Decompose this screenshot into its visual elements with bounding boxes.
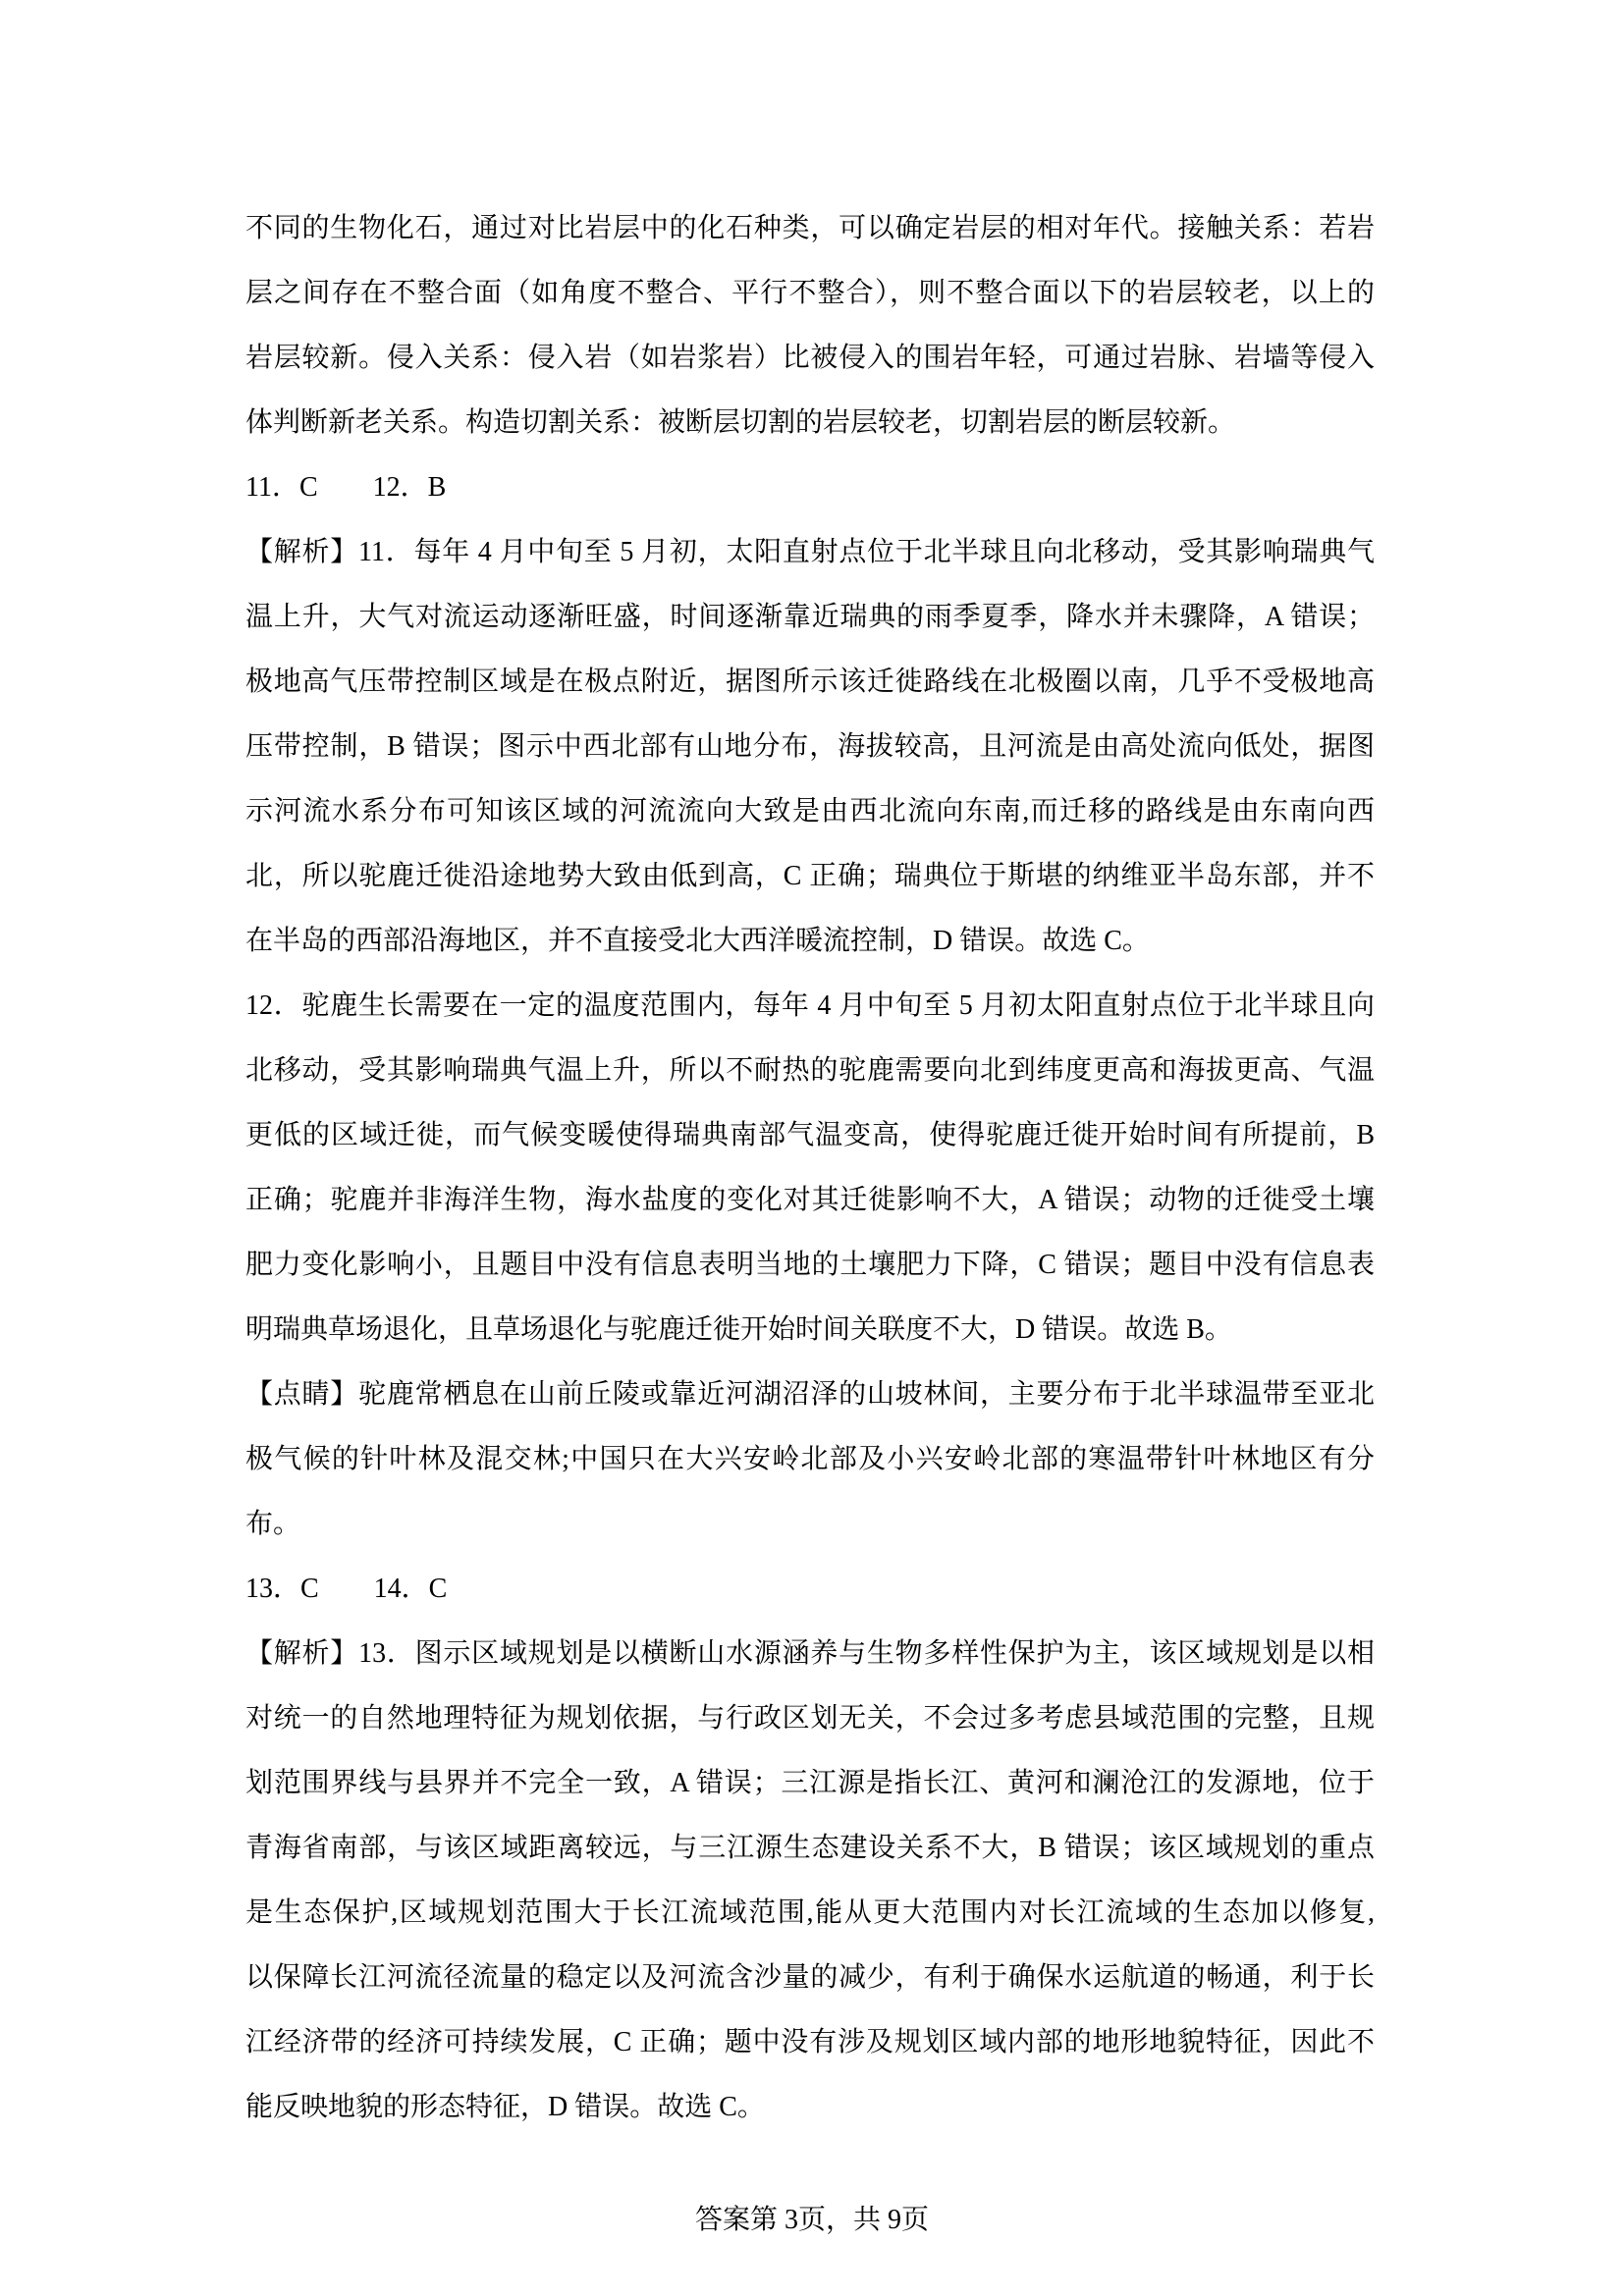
page-number-text: 答案第 3页，共 9页 [695,2205,929,2235]
text-line: 北，所以驼鹿迁徙沿途地势大致由低到高，C 正确；瑞典位于斯堪的纳维亚半岛东部，并… [245,844,1375,909]
text-line: 【点睛】驼鹿常栖息在山前丘陵或靠近河湖沼泽的山坡林间，主要分布于北半球温带至亚北 [245,1362,1375,1427]
text-line: 更低的区域迁徙，而气候变暖使得瑞典南部气温变高，使得驼鹿迁徙开始时间有所提前，B [245,1103,1375,1168]
text-line: 以保障长江河流径流量的稳定以及河流含沙量的减少，有利于确保水运航道的畅通，利于长 [245,1946,1375,2010]
section-analysis-13: 【解析】13．图示区域规划是以横断山水源涵养与生物多样性保护为主，该区域规划是以… [245,1622,1375,2140]
section-answers-11-12: 11．C 12．B [245,455,1375,520]
text-line: 13．C 14．C [245,1557,1375,1622]
text-line: 是生态保护,区域规划范围大于长江流域范围,能从更大范围内对长江流域的生态加以修复… [245,1881,1375,1946]
text-line: 【解析】13．图示区域规划是以横断山水源涵养与生物多样性保护为主，该区域规划是以… [245,1622,1375,1686]
page-footer: 答案第 3页，共 9页 [0,2197,1624,2244]
text-line: 层之间存在不整合面（如角度不整合、平行不整合），则不整合面以下的岩层较老，以上的 [245,261,1375,326]
text-line: 岩层较新。侵入关系：侵入岩（如岩浆岩）比被侵入的围岩年轻，可通过岩脉、岩墙等侵入 [245,326,1375,391]
text-line: 在半岛的西部沿海地区，并不直接受北大西洋暖流控制，D 错误。故选 C。 [245,909,1375,974]
section-note-dianjing: 【点睛】驼鹿常栖息在山前丘陵或靠近河湖沼泽的山坡林间，主要分布于北半球温带至亚北… [245,1362,1375,1557]
text-line: 正确；驼鹿并非海洋生物，海水盐度的变化对其迁徙影响不大，A 错误；动物的迁徙受土… [245,1168,1375,1233]
text-line: 温上升，大气对流运动逐渐旺盛，时间逐渐靠近瑞典的雨季夏季，降水并未骤降，A 错误… [245,585,1375,650]
section-analysis-11: 【解析】11．每年 4 月中旬至 5 月初，太阳直射点位于北半球且向北移动，受其… [245,520,1375,974]
text-line: 12．驼鹿生长需要在一定的温度范围内，每年 4 月中旬至 5 月初太阳直射点位于… [245,974,1375,1039]
text-line: 布。 [245,1492,1375,1557]
section-analysis-12: 12．驼鹿生长需要在一定的温度范围内，每年 4 月中旬至 5 月初太阳直射点位于… [245,974,1375,1362]
text-line: 极气候的针叶林及混交林;中国只在大兴安岭北部及小兴安岭北部的寒温带针叶林地区有分 [245,1427,1375,1492]
text-line: 11．C 12．B [245,455,1375,520]
text-line: 划范围界线与县界并不完全一致，A 错误；三江源是指长江、黄河和澜沧江的发源地，位… [245,1751,1375,1816]
text-line: 北移动，受其影响瑞典气温上升，所以不耐热的驼鹿需要向北到纬度更高和海拔更高、气温 [245,1039,1375,1103]
section-answers-13-14: 13．C 14．C [245,1557,1375,1622]
text-line: 明瑞典草场退化，且草场退化与驼鹿迁徙开始时间关联度不大，D 错误。故选 B。 [245,1298,1375,1362]
text-line: 体判断新老关系。构造切割关系：被断层切割的岩层较老，切割岩层的断层较新。 [245,391,1375,455]
document-page: 不同的生物化石，通过对比岩层中的化石种类，可以确定岩层的相对年代。接触关系：若岩… [0,0,1624,2296]
answer-text-block: 不同的生物化石，通过对比岩层中的化石种类，可以确定岩层的相对年代。接触关系：若岩… [245,196,1375,2140]
text-line: 不同的生物化石，通过对比岩层中的化石种类，可以确定岩层的相对年代。接触关系：若岩 [245,196,1375,261]
text-line: 能反映地貌的形态特征，D 错误。故选 C。 [245,2075,1375,2140]
text-line: 示河流水系分布可知该区域的河流流向大致是由西北流向东南,而迁移的路线是由东南向西 [245,779,1375,844]
text-line: 【解析】11．每年 4 月中旬至 5 月初，太阳直射点位于北半球且向北移动，受其… [245,520,1375,585]
text-line: 对统一的自然地理特征为规划依据，与行政区划无关，不会过多考虑县域范围的完整，且规 [245,1686,1375,1751]
text-line: 压带控制，B 错误；图示中西北部有山地分布，海拔较高，且河流是由高处流向低处，据… [245,715,1375,779]
section-continued-analysis-paragraph: 不同的生物化石，通过对比岩层中的化石种类，可以确定岩层的相对年代。接触关系：若岩… [245,196,1375,455]
text-line: 极地高气压带控制区域是在极点附近，据图所示该迁徙路线在北极圈以南，几乎不受极地高 [245,650,1375,715]
text-line: 肥力变化影响小，且题目中没有信息表明当地的土壤肥力下降，C 错误；题目中没有信息… [245,1233,1375,1298]
text-line: 江经济带的经济可持续发展，C 正确；题中没有涉及规划区域内部的地形地貌特征，因此… [245,2010,1375,2075]
text-line: 青海省南部，与该区域距离较远，与三江源生态建设关系不大，B 错误；该区域规划的重… [245,1816,1375,1881]
